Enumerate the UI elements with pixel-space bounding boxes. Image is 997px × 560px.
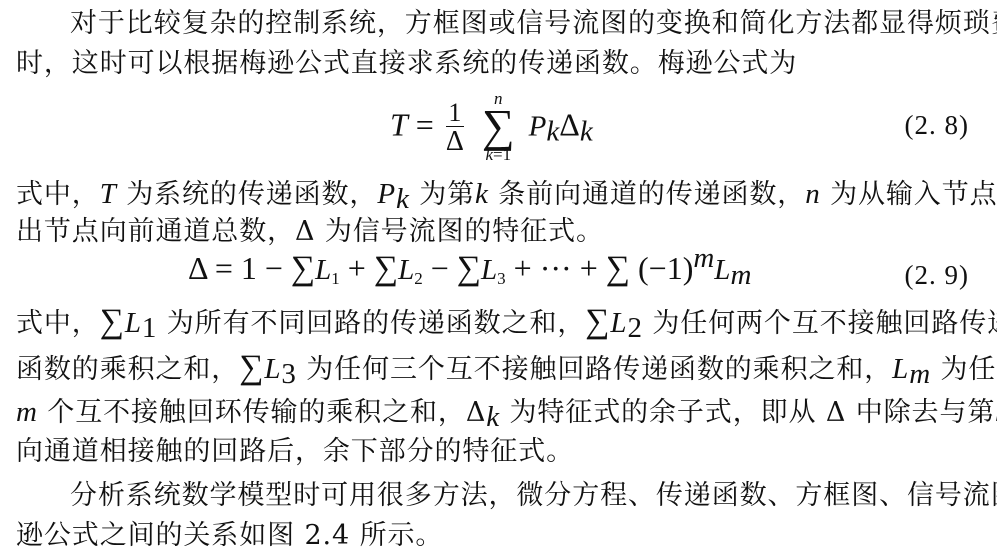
equation-2-9: Δ = 1 − ∑L1 + ∑L2 − ∑L3 + ··· + ∑ (−1)mL… <box>188 250 751 288</box>
paragraph-3-line-2: 函数的乘积之和，∑L3 为任何三个互不接触回路传递函数的乘积之和，Lm 为任何 <box>16 350 987 388</box>
term-delta-sub: k <box>580 115 593 147</box>
paragraph-1-line-2: 时，这时可以根据梅逊公式直接求系统的传递函数。梅逊公式为 <box>16 46 987 82</box>
var-P: P <box>377 178 396 210</box>
paragraph-3-line-1: 式中，∑L1 为所有不同回路的传递函数之和，∑L2 为任何两个互不接触回路传递 <box>16 304 987 342</box>
paragraph-4-line-2: 逊公式之间的关系如图 2.4 所示。 <box>16 518 987 554</box>
var-k: k <box>475 178 489 210</box>
equation-2-8: T = 1 Δ n ∑ k=1 PkΔk <box>390 92 593 164</box>
paragraph-2-line-1: 式中，T 为系统的传递函数，Pk 为第k 条前向通道的传递函数，n 为从输入节点… <box>16 176 987 213</box>
paragraph-4-line-1: 分析系统数学模型时可用很多方法，微分方程、传递函数、方框图、信号流图和梅 <box>70 478 987 514</box>
equation-number-2-9: (2. 9) <box>905 260 969 291</box>
term-P-sub: k <box>546 115 559 147</box>
paragraph-2-line-2: 出节点向前通道总数，Δ 为信号流图的特征式。 <box>16 214 987 250</box>
var-T: T <box>100 178 117 210</box>
sigma-symbol: ∑ <box>482 106 515 146</box>
sigma-symbol: ∑ <box>374 250 398 287</box>
paragraph-1-line-1: 对于比较复杂的控制系统，方框图或信号流图的变换和简化方法都显得烦琐费 <box>70 6 987 42</box>
paragraph-3-line-4: 向通道相接触的回路后，余下部分的特征式。 <box>16 434 987 470</box>
var-n: n <box>805 178 820 210</box>
sigma-symbol: ∑ <box>457 250 481 287</box>
paragraph-3-line-3: m 个互不接触回环传输的乘积之和，Δk 为特征式的余子式，即从 Δ 中除去与第k… <box>16 394 987 431</box>
equation-number-2-8: (2. 8) <box>905 110 969 141</box>
term-delta: Δ <box>559 106 580 142</box>
sigma-symbol: ∑ <box>606 250 630 287</box>
sum-lower-limit: k=1 <box>482 146 515 164</box>
eq-lhs-T: T <box>390 106 408 142</box>
sigma-symbol: ∑ <box>291 250 315 287</box>
fraction-numerator: 1 <box>446 100 464 127</box>
summation: n ∑ k=1 <box>482 92 515 164</box>
fraction-one-over-delta: 1 Δ <box>446 100 464 157</box>
fraction-denominator: Δ <box>446 127 464 157</box>
eq-equals: = <box>416 106 434 142</box>
term-P: P <box>529 110 547 142</box>
